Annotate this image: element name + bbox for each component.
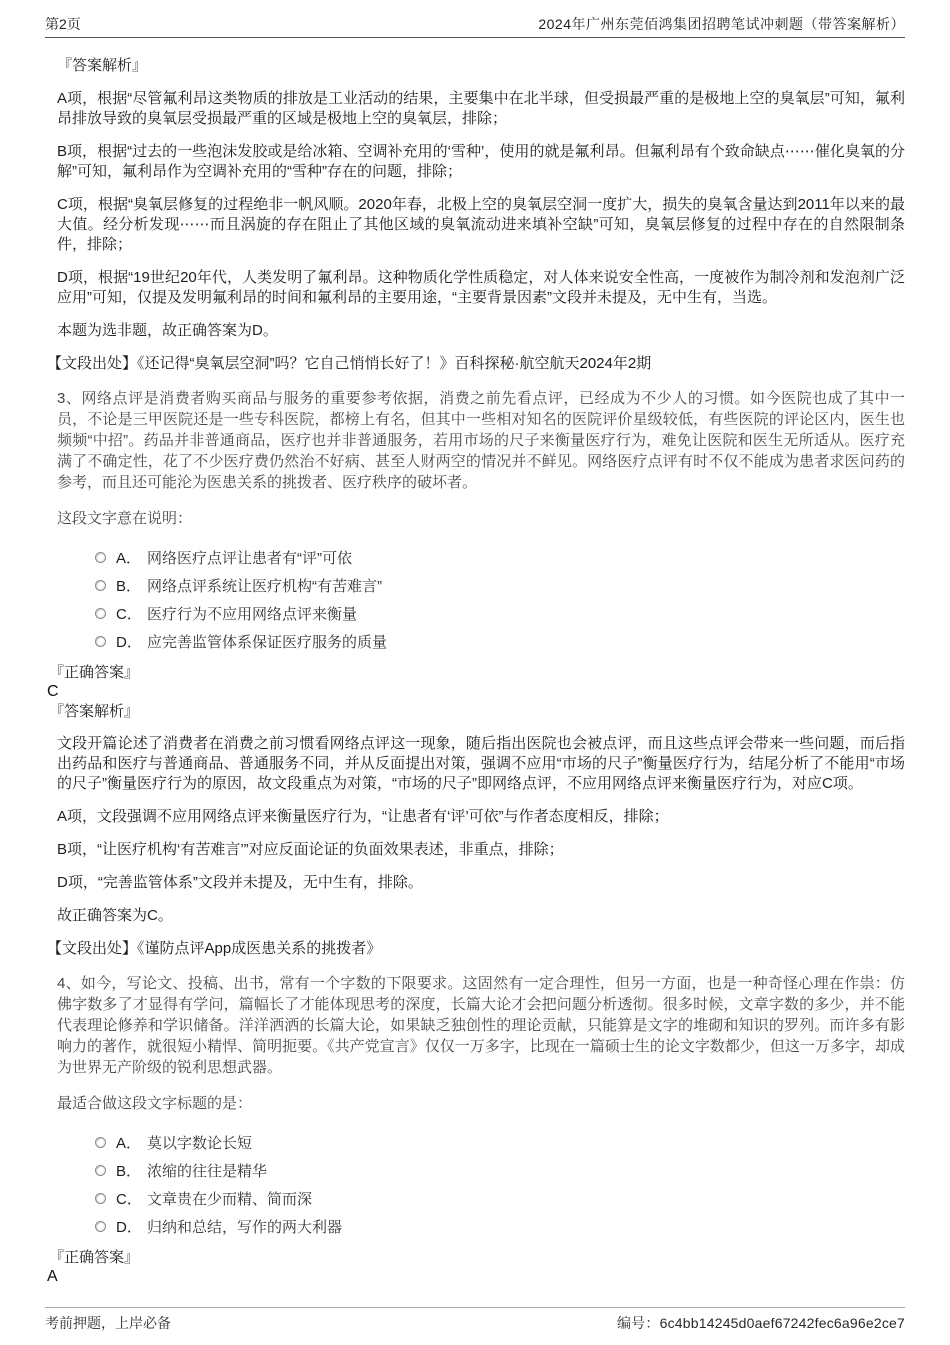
page-header: 第2页 2024年广州东莞佰鸿集团招聘笔试冲刺题（带答案解析） — [45, 14, 905, 38]
page-number: 第2页 — [45, 14, 81, 34]
q3-analysis-main: 文段开篇论述了消费者在消费之前习惯看网络点评这一现象，随后指出医院也会被点评，而… — [57, 734, 905, 794]
question-4-prompt: 最适合做这段文字标题的是： — [57, 1094, 905, 1114]
q4-option-d[interactable]: D． 归纳和总结，写作的两大利器 — [57, 1212, 905, 1240]
page-footer: 考前押题，上岸必备 编号：6c4bb14245d0aef67242fec6a96… — [45, 1307, 905, 1333]
question-4-options: A． 莫以字数论长短 B． 浓缩的往往是精华 C． 文章贵在少而精、简而深 D．… — [57, 1128, 905, 1240]
q3-option-a[interactable]: A． 网络医疗点评让患者有“评”可依 — [57, 543, 905, 571]
document-code-label: 编号： — [617, 1315, 660, 1331]
option-text: 莫以字数论长短 — [147, 1132, 252, 1153]
analysis-label-q3: 『答案解析』 — [49, 702, 905, 721]
q2-conclusion: 本题为选非题，故正确答案为D。 — [57, 321, 905, 341]
q3-conclusion: 故正确答案为C。 — [57, 906, 905, 926]
option-text: 归纳和总结，写作的两大利器 — [147, 1216, 342, 1237]
q3-source: 【文段出处】《谨防点评App成医患关系的挑拨者》 — [47, 939, 905, 959]
option-text: 网络点评系统让医疗机构“有苦难言” — [147, 575, 382, 596]
q3-option-c[interactable]: C． 医疗行为不应用网络点评来衡量 — [57, 599, 905, 627]
analysis-label-q2: 『答案解析』 — [57, 56, 905, 76]
q3-analysis-point-a: A项，文段强调不应用网络点评来衡量医疗行为，“让患者有‘评’可依”与作者态度相反… — [57, 807, 905, 827]
radio-button[interactable] — [95, 1193, 106, 1204]
option-letter: B． — [116, 575, 147, 596]
q2-analysis-point-a: A项，根据“尽管氟利昂这类物质的排放是工业活动的结果，主要集中在北半球，但受损最… — [57, 89, 905, 129]
option-letter: C． — [116, 1188, 147, 1209]
option-text: 医疗行为不应用网络点评来衡量 — [147, 603, 357, 624]
document-page: 第2页 2024年广州东莞佰鸿集团招聘笔试冲刺题（带答案解析） 『答案解析』 A… — [0, 0, 950, 1345]
q2-source: 【文段出处】《还记得“臭氧层空洞”吗？它自己悄悄长好了！》百科探秘·航空航天20… — [47, 354, 905, 374]
option-letter: B． — [116, 1160, 147, 1181]
document-title: 2024年广州东莞佰鸿集团招聘笔试冲刺题（带答案解析） — [538, 14, 905, 34]
q3-option-d[interactable]: D． 应完善监管体系保证医疗服务的质量 — [57, 627, 905, 655]
option-text: 浓缩的往往是精华 — [147, 1160, 267, 1181]
q3-correct-answer: C — [47, 682, 905, 701]
radio-button[interactable] — [95, 552, 106, 563]
question-3-stem: 3、网络点评是消费者购买商品与服务的重要参考依据，消费之前先看点评，已经成为不少… — [57, 388, 905, 493]
option-text: 文章贵在少而精、简而深 — [147, 1188, 312, 1209]
q4-option-b[interactable]: B． 浓缩的往往是精华 — [57, 1156, 905, 1184]
document-code-value: 6c4bb14245d0aef67242fec6a96e2ce7 — [660, 1315, 905, 1331]
radio-button[interactable] — [95, 636, 106, 647]
option-letter: C． — [116, 603, 147, 624]
radio-button[interactable] — [95, 1165, 106, 1176]
footer-slogan: 考前押题，上岸必备 — [45, 1313, 171, 1333]
radio-button[interactable] — [95, 608, 106, 619]
option-text: 网络医疗点评让患者有“评”可依 — [147, 547, 352, 568]
question-3-prompt: 这段文字意在说明： — [57, 509, 905, 529]
option-text: 应完善监管体系保证医疗服务的质量 — [147, 631, 387, 652]
q3-correct-answer-label: 『正确答案』 — [49, 663, 905, 682]
radio-button[interactable] — [95, 1221, 106, 1232]
q2-analysis-point-c: C项，根据“臭氧层修复的过程绝非一帆风顺。2020年春，北极上空的臭氧层空洞一度… — [57, 195, 905, 255]
page-content: 『答案解析』 A项，根据“尽管氟利昂这类物质的排放是工业活动的结果，主要集中在北… — [45, 38, 905, 1286]
q4-correct-answer: A — [47, 1267, 905, 1286]
option-letter: A． — [116, 547, 147, 568]
document-code: 编号：6c4bb14245d0aef67242fec6a96e2ce7 — [617, 1313, 905, 1333]
question-4-stem: 4、如今，写论文、投稿、出书，常有一个字数的下限要求。这固然有一定合理性，但另一… — [57, 973, 905, 1078]
q2-analysis-point-d: D项，根据“19世纪20年代，人类发明了氟利昂。这种物质化学性质稳定，对人体来说… — [57, 268, 905, 308]
radio-button[interactable] — [95, 1137, 106, 1148]
option-letter: D． — [116, 1216, 147, 1237]
q4-correct-answer-label: 『正确答案』 — [49, 1248, 905, 1267]
q3-analysis-point-b: B项，“让医疗机构‘有苦难言’”对应反面论证的负面效果表述，非重点，排除； — [57, 840, 905, 860]
q3-option-b[interactable]: B． 网络点评系统让医疗机构“有苦难言” — [57, 571, 905, 599]
option-letter: A． — [116, 1132, 147, 1153]
question-3-options: A． 网络医疗点评让患者有“评”可依 B． 网络点评系统让医疗机构“有苦难言” … — [57, 543, 905, 655]
q4-option-c[interactable]: C． 文章贵在少而精、简而深 — [57, 1184, 905, 1212]
q4-option-a[interactable]: A． 莫以字数论长短 — [57, 1128, 905, 1156]
radio-button[interactable] — [95, 580, 106, 591]
q2-analysis-point-b: B项，根据“过去的一些泡沫发胶或是给冰箱、空调补充用的‘雪种’，使用的就是氟利昂… — [57, 142, 905, 182]
option-letter: D． — [116, 631, 147, 652]
q3-analysis-point-d: D项，“完善监管体系”文段并未提及，无中生有，排除。 — [57, 873, 905, 893]
